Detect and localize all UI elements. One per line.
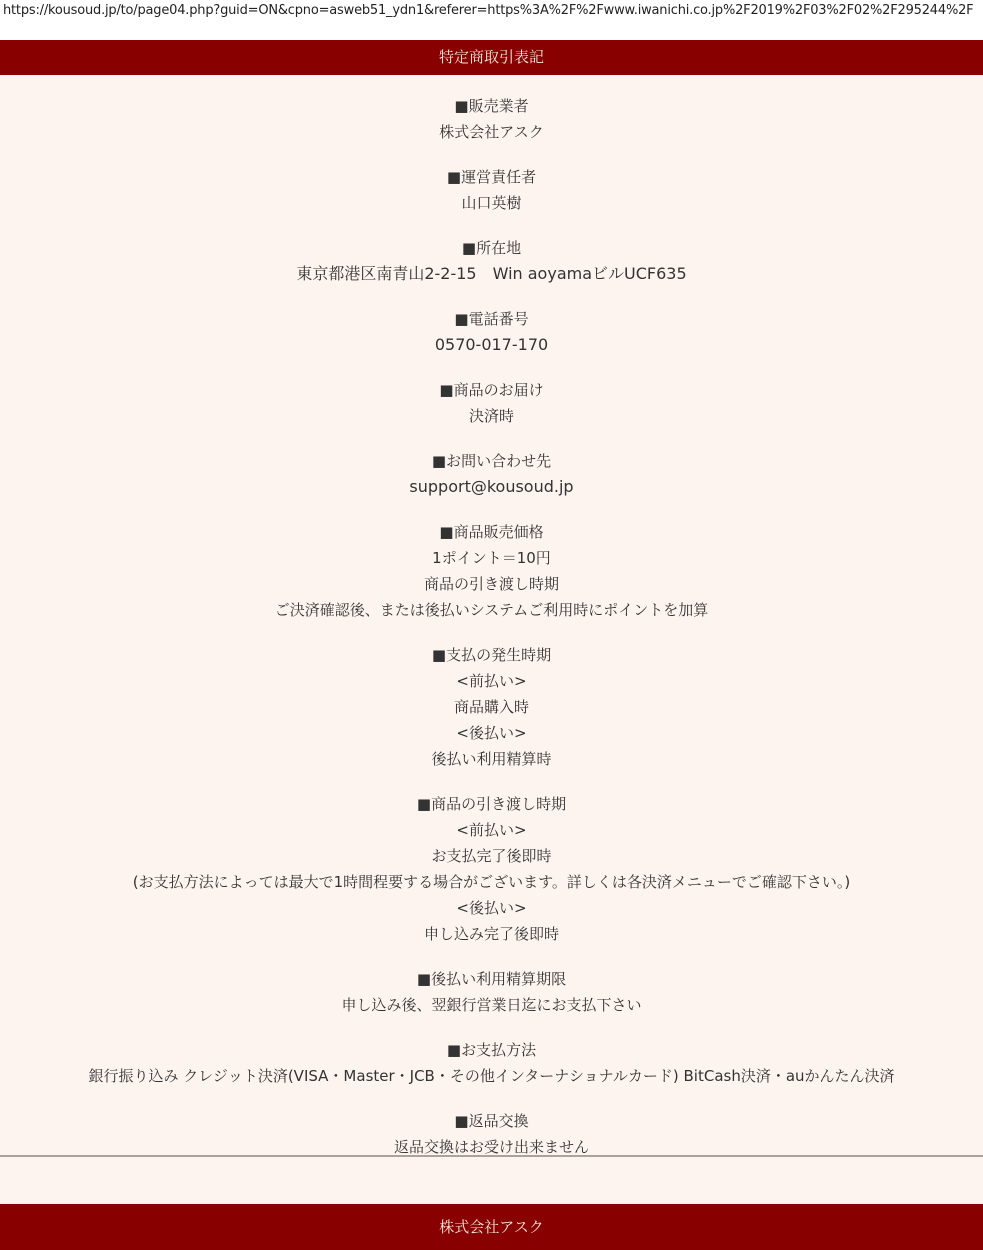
- price-line: 商品の引き渡し時期: [0, 571, 983, 597]
- section-delivery: ■商品のお届け 決済時: [0, 377, 983, 429]
- section-heading: ■商品のお届け: [0, 377, 983, 403]
- section-handover-timing: ■商品の引き渡し時期 <前払い> お支払完了後即時 (お支払方法によっては最大で…: [0, 791, 983, 947]
- handover-line: お支払完了後即時: [0, 843, 983, 869]
- handover-line: (お支払方法によっては最大で1時間程要する場合がございます。詳しくは各決済メニュ…: [0, 869, 983, 895]
- section-price: ■商品販売価格 1ポイント＝10円 商品の引き渡し時期 ご決済確認後、または後払…: [0, 519, 983, 623]
- page-body: 特定商取引表記 ■販売業者 株式会社アスク ■運営責任者 山口英樹 ■所在地 東…: [0, 40, 983, 1250]
- page-title: 特定商取引表記: [439, 48, 544, 66]
- address: 東京都港区南青山2-2-15 Win aoyamaビルUCF635: [0, 261, 983, 287]
- section-heading: ■販売業者: [0, 93, 983, 119]
- section-heading: ■支払の発生時期: [0, 642, 983, 668]
- contact-email: support@kousoud.jp: [0, 474, 983, 500]
- horizontal-divider: [0, 1155, 983, 1157]
- section-deferred-deadline: ■後払い利用精算期限 申し込み後、翌銀行営業日迄にお支払下さい: [0, 966, 983, 1018]
- payment-timing-line: 後払い利用精算時: [0, 746, 983, 772]
- handover-line: <後払い>: [0, 895, 983, 921]
- section-heading: ■後払い利用精算期限: [0, 966, 983, 992]
- payment-timing-line: <前払い>: [0, 668, 983, 694]
- section-heading: ■返品交換: [0, 1108, 983, 1134]
- section-heading: ■商品の引き渡し時期: [0, 791, 983, 817]
- price-line: ご決済確認後、または後払いシステムご利用時にポイントを加算: [0, 597, 983, 623]
- section-heading: ■商品販売価格: [0, 519, 983, 545]
- price-line: 1ポイント＝10円: [0, 545, 983, 571]
- payment-timing-line: 商品購入時: [0, 694, 983, 720]
- deferred-deadline: 申し込み後、翌銀行営業日迄にお支払下さい: [0, 992, 983, 1018]
- section-heading: ■運営責任者: [0, 164, 983, 190]
- handover-line: 申し込み完了後即時: [0, 921, 983, 947]
- section-seller: ■販売業者 株式会社アスク: [0, 93, 983, 145]
- section-manager: ■運営責任者 山口英樹: [0, 164, 983, 216]
- section-phone: ■電話番号 0570-017-170: [0, 306, 983, 358]
- phone-number: 0570-017-170: [0, 332, 983, 358]
- delivery-timing: 決済時: [0, 403, 983, 429]
- manager-name: 山口英樹: [0, 190, 983, 216]
- legal-notice-content: ■販売業者 株式会社アスク ■運営責任者 山口英樹 ■所在地 東京都港区南青山2…: [0, 75, 983, 1160]
- section-payment-methods: ■お支払方法 銀行振り込み クレジット決済(VISA・Master・JCB・その…: [0, 1037, 983, 1089]
- section-payment-timing: ■支払の発生時期 <前払い> 商品購入時 <後払い> 後払い利用精算時: [0, 642, 983, 772]
- url-text: https://kousoud.jp/to/page04.php?guid=ON…: [0, 0, 983, 40]
- section-heading: ■お支払方法: [0, 1037, 983, 1063]
- payment-timing-line: <後払い>: [0, 720, 983, 746]
- section-heading: ■お問い合わせ先: [0, 448, 983, 474]
- section-returns: ■返品交換 返品交換はお受け出来ません: [0, 1108, 983, 1160]
- section-address: ■所在地 東京都港区南青山2-2-15 Win aoyamaビルUCF635: [0, 235, 983, 287]
- footer-company: 株式会社アスク: [439, 1218, 543, 1236]
- seller-name: 株式会社アスク: [0, 119, 983, 145]
- section-contact: ■お問い合わせ先 support@kousoud.jp: [0, 448, 983, 500]
- section-heading: ■所在地: [0, 235, 983, 261]
- section-heading: ■電話番号: [0, 306, 983, 332]
- payment-methods: 銀行振り込み クレジット決済(VISA・Master・JCB・その他インターナシ…: [0, 1063, 983, 1089]
- header-bar: 特定商取引表記: [0, 40, 983, 75]
- handover-line: <前払い>: [0, 817, 983, 843]
- footer-bar: 株式会社アスク: [0, 1204, 983, 1250]
